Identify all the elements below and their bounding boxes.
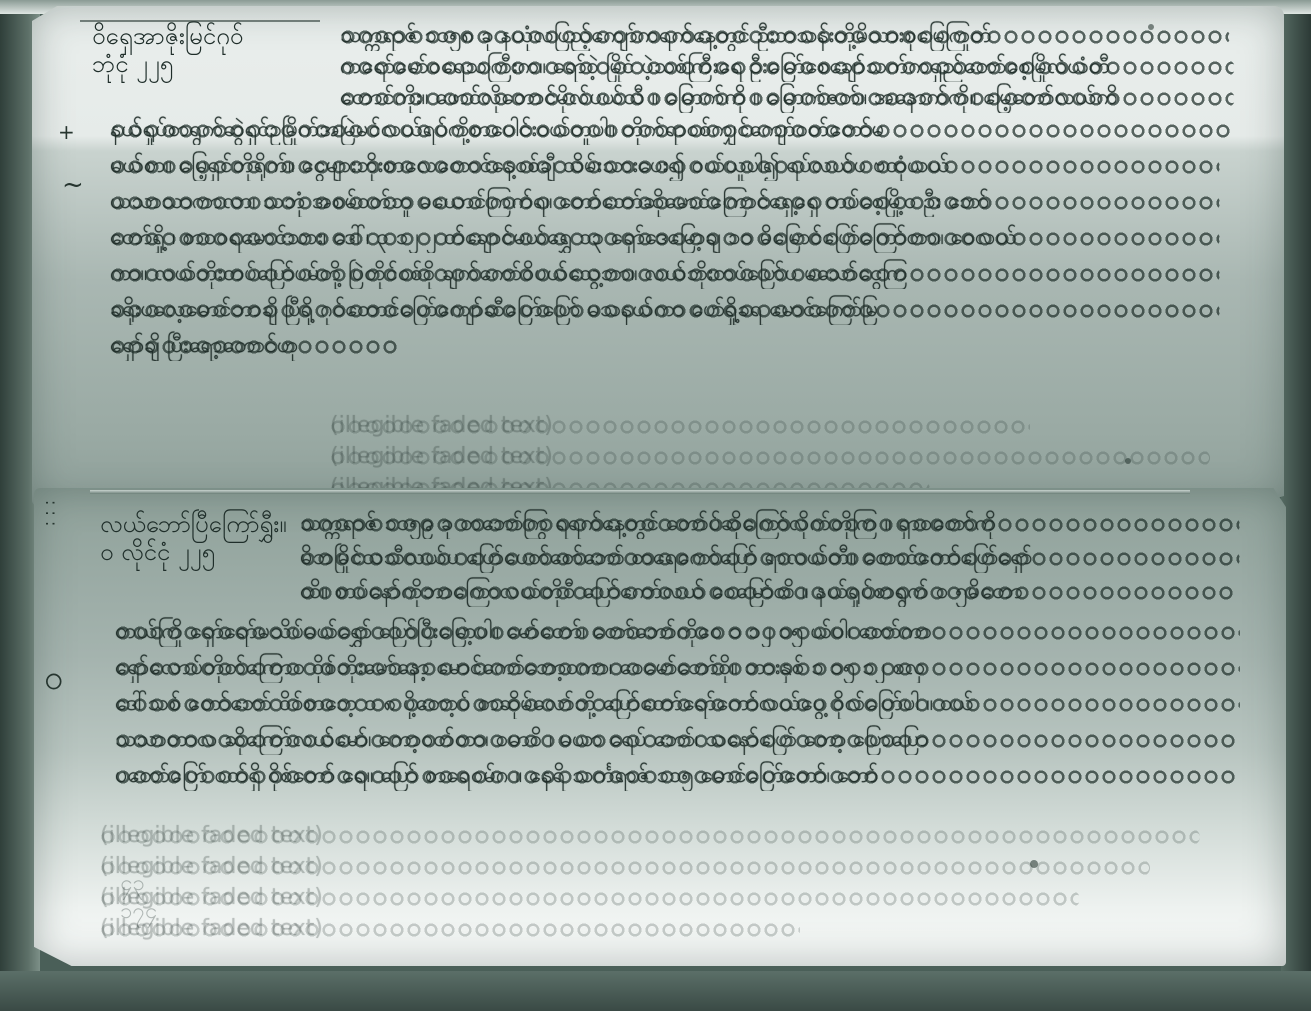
ink-spot (1148, 24, 1154, 30)
text-line: တောင်ကိုး။ ဖောင်လိုတောင်မိုလ်ပယ်သီ ။ မြေ… (340, 82, 1240, 113)
body-paragraph-bottom-indented: သက္ကရာဇ် ၁၁၅၉ ခု တဘော်ကြွ ရရက်နေ့တွင် တေ… (300, 508, 1250, 576)
text-line: ကရော်မော်ဝရေသကြီးက။ ရော်ဝဲ့ မြိုင် ပဲ့သစ… (340, 51, 1240, 82)
faded-text-line: (illegible faded text) (100, 851, 1220, 882)
body-paragraph-bottom: တယ်ကြို ရှော်ရော်မသိပ်မယ်ရွှော် ပြော်ပြီ… (115, 616, 1255, 796)
ink-spot (1125, 458, 1131, 464)
text-line: ယသာသာကာလာ၊ သဘုံ အစမ်ဝတ်ဘူ မယောင်ကြက်ရ။ တ… (110, 186, 1240, 217)
text-line: မယ်စာ။ မြေ့ရှင်တိုရိုက်။ ငွေများဘိုးစာလေ… (110, 150, 1240, 181)
text-line: ကာ။ လယ်ဘိုးတပ်ပြော်ပမ်တို့ ပြဲတိုင်ဝစ်ဝိ… (110, 258, 1240, 289)
faded-text-line: (illegible faded text) (330, 410, 1230, 441)
text-line: သက္ကရာဇ် ၁၁၅၉ ခု တဘော်ကြွ ရရက်နေ့တွင် တေ… (300, 508, 1250, 539)
faded-text-line: (illegible faded text) (100, 882, 1220, 913)
margin-vertical-mark: : : : (42, 500, 61, 526)
text-line: ထိ။ စာပ်နော်ကိုဘာကြောလယ်တိုဝီ ပြော်ကော်လ… (300, 576, 1250, 607)
text-line: တယ်ကြို ရှော်ရော်မသိပ်မယ်ရွှော် ပြော်ပြီ… (115, 616, 1255, 647)
body-paragraph-bottom-line3: ထိ။ စာပ်နော်ကိုဘာကြောလယ်တိုဝီ ပြော်ကော်လ… (300, 576, 1250, 607)
faded-text-bottom: (illegible faded text) (illegible faded … (100, 820, 1220, 944)
faded-text-line: (illegible faded text) (100, 820, 1220, 851)
body-paragraph-top: နယ်ရှုပ်စာရွက်ဆွဲရှင်ဥမြိုက်အမြဲမင်လယ်ရပ… (110, 114, 1240, 366)
body-paragraph-top-indented: သက္ကရာဇ် ၁၁၅၈ ခု နယုံလပြည့်ကျော်ကရက်နေ့တ… (340, 20, 1240, 113)
leaf-fold-line (90, 490, 1190, 494)
text-line: ဒေါ်သစ် တော်ဘော် ဝိဝ်စာဘေ့ ၁ ၈ ပို့တော့ပ… (115, 688, 1255, 719)
text-line: မိဘမြိုင်သသီလယ်ပ ပြော်ပေတ်စော်ဘော် စာရေက… (300, 542, 1250, 573)
text-line: ပတော်ပြော် ဝတ်ရှိ ဝိုစ်တော် ရေ။ ပြော် စာ… (115, 760, 1255, 791)
text-line: ရှော်ချိ ပြီးရော့တောင်ဟု (110, 330, 1240, 361)
text-line: ခရိုးပလေ့မောင်ဘာချိ ပြီရို့ ဂုဝ်တောင်ပြေ… (110, 294, 1240, 325)
faded-marginal-numbers: ၄၃ ၁၇၄ (120, 870, 157, 926)
faded-text-line: (illegible faded text) (330, 441, 1230, 472)
text-line: သက္ကရာဇ် ၁၁၅၈ ခု နယုံလပြည့်ကျော်ကရက်နေ့တ… (340, 20, 1240, 51)
margin-heading-line: ဘုံငုံ ၂၂၅ (92, 50, 332, 78)
photo-background-bottom (0, 971, 1311, 1011)
text-line: ရှော်လောပ်တိုတ်ကြောဝ ဝိုစ်ဘိုးမော်နော့ မ… (115, 652, 1255, 683)
margin-mark: ~ (62, 170, 84, 200)
text-line: နယ်ရှုပ်စာရွက်ဆွဲရှင်ဥမြိုက်အမြဲမင်လယ်ရပ… (110, 114, 1240, 145)
margin-heading-line: ဝိရှေအာဇိုးမြင်ဂုဝ် (92, 22, 332, 50)
faded-text-line: (illegible faded text) (100, 913, 1220, 944)
margin-numeral: ဝ (44, 655, 63, 706)
text-line: သသာတာလ ဆိုကြော်လယ်မော်၊ ကော့ဝတ်တာ၊ ဝမာဝိ… (115, 724, 1255, 755)
text-line: တော်ရှို့ ၊ စာဝဝရမောင်သား၊ ဒေါ်၊ ၃ ၁၂ ၂ … (110, 222, 1240, 253)
margin-mark: + (58, 120, 75, 144)
margin-heading-top: ဝိရှေအာဇိုးမြင်ဂုဝ် ဘုံငုံ ၂၂၅ (92, 22, 332, 78)
ink-spot (1030, 860, 1038, 868)
